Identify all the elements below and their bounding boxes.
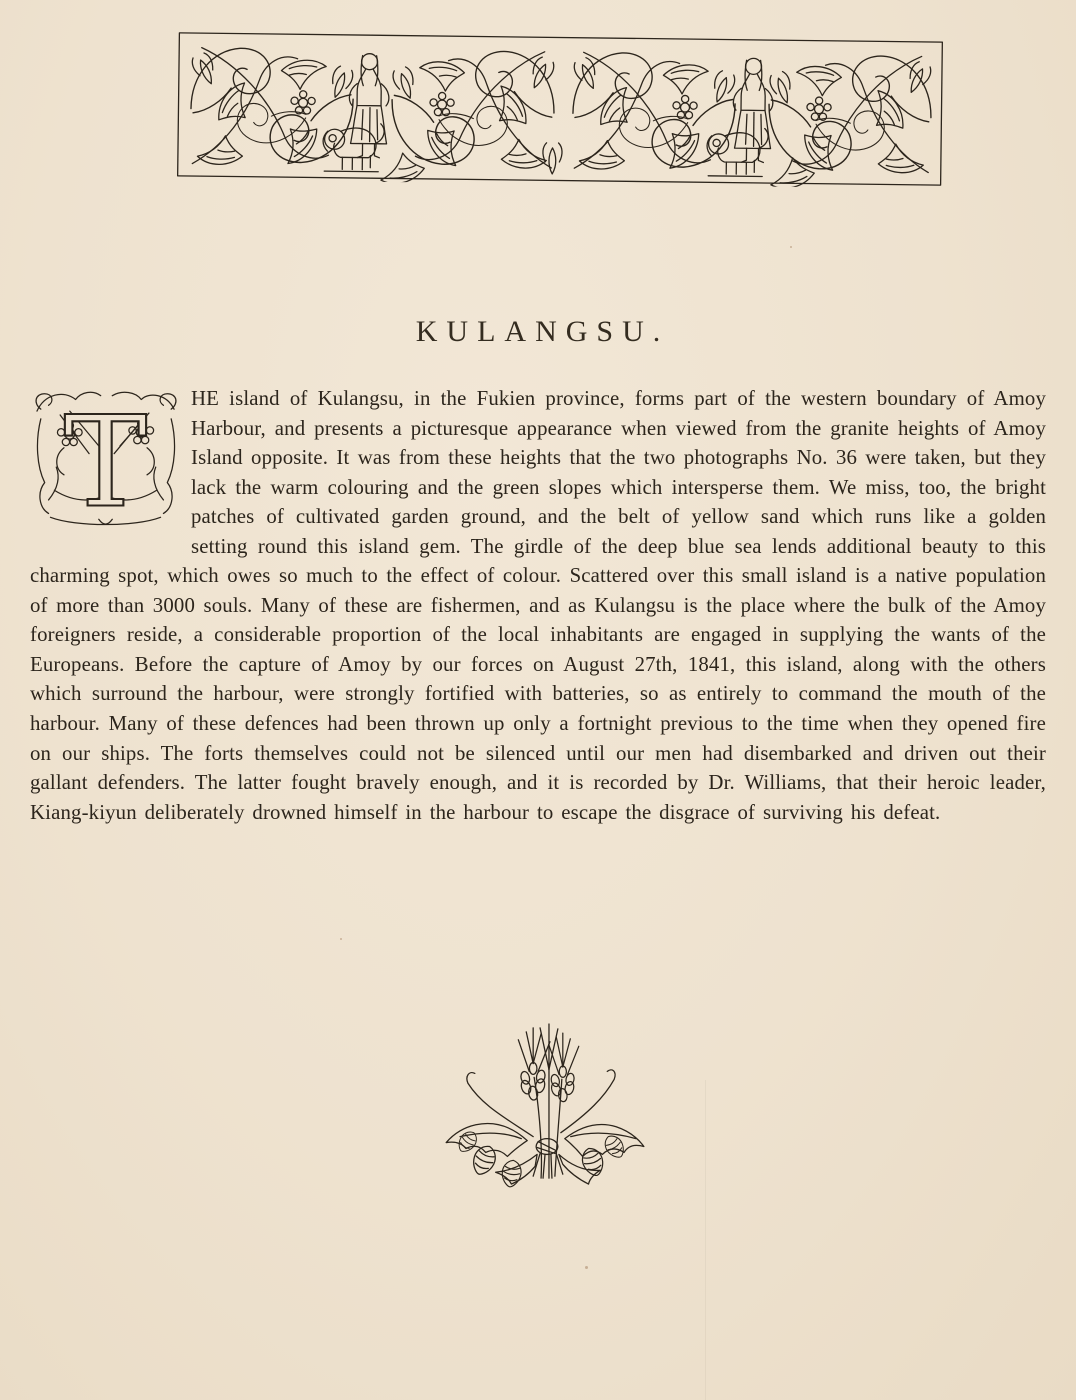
paper-speck	[340, 938, 342, 940]
wheat-ear-left	[518, 1028, 550, 1101]
paper-speck	[1014, 520, 1016, 522]
ornate-initial-block: T	[30, 386, 182, 526]
wheat-and-hops-icon	[438, 1022, 656, 1190]
book-page: KULANGSU.	[0, 0, 1076, 1400]
floriated-initial-icon: T	[30, 386, 182, 526]
paper-fold-line	[705, 1080, 706, 1400]
body-paragraph: HE island of Kulangsu, in the Fukien pro…	[30, 384, 1046, 827]
tailpiece-ornament	[438, 1022, 656, 1190]
paragraph-text: HE island of Kulangsu, in the Fukien pro…	[30, 387, 1046, 824]
figure-with-lion-left	[323, 53, 390, 172]
header-ornament-band	[174, 29, 946, 188]
paper-speck	[790, 246, 792, 248]
body-text-block: T HE island of Kulangsu, in the Fukien p…	[30, 384, 1046, 827]
paper-speck	[585, 1266, 588, 1269]
acanthus-scroll-engraving-icon	[174, 29, 946, 188]
drop-cap-letter: T	[64, 389, 148, 526]
page-title: KULANGSU.	[0, 315, 1076, 349]
wheat-ear-right	[549, 1033, 579, 1102]
